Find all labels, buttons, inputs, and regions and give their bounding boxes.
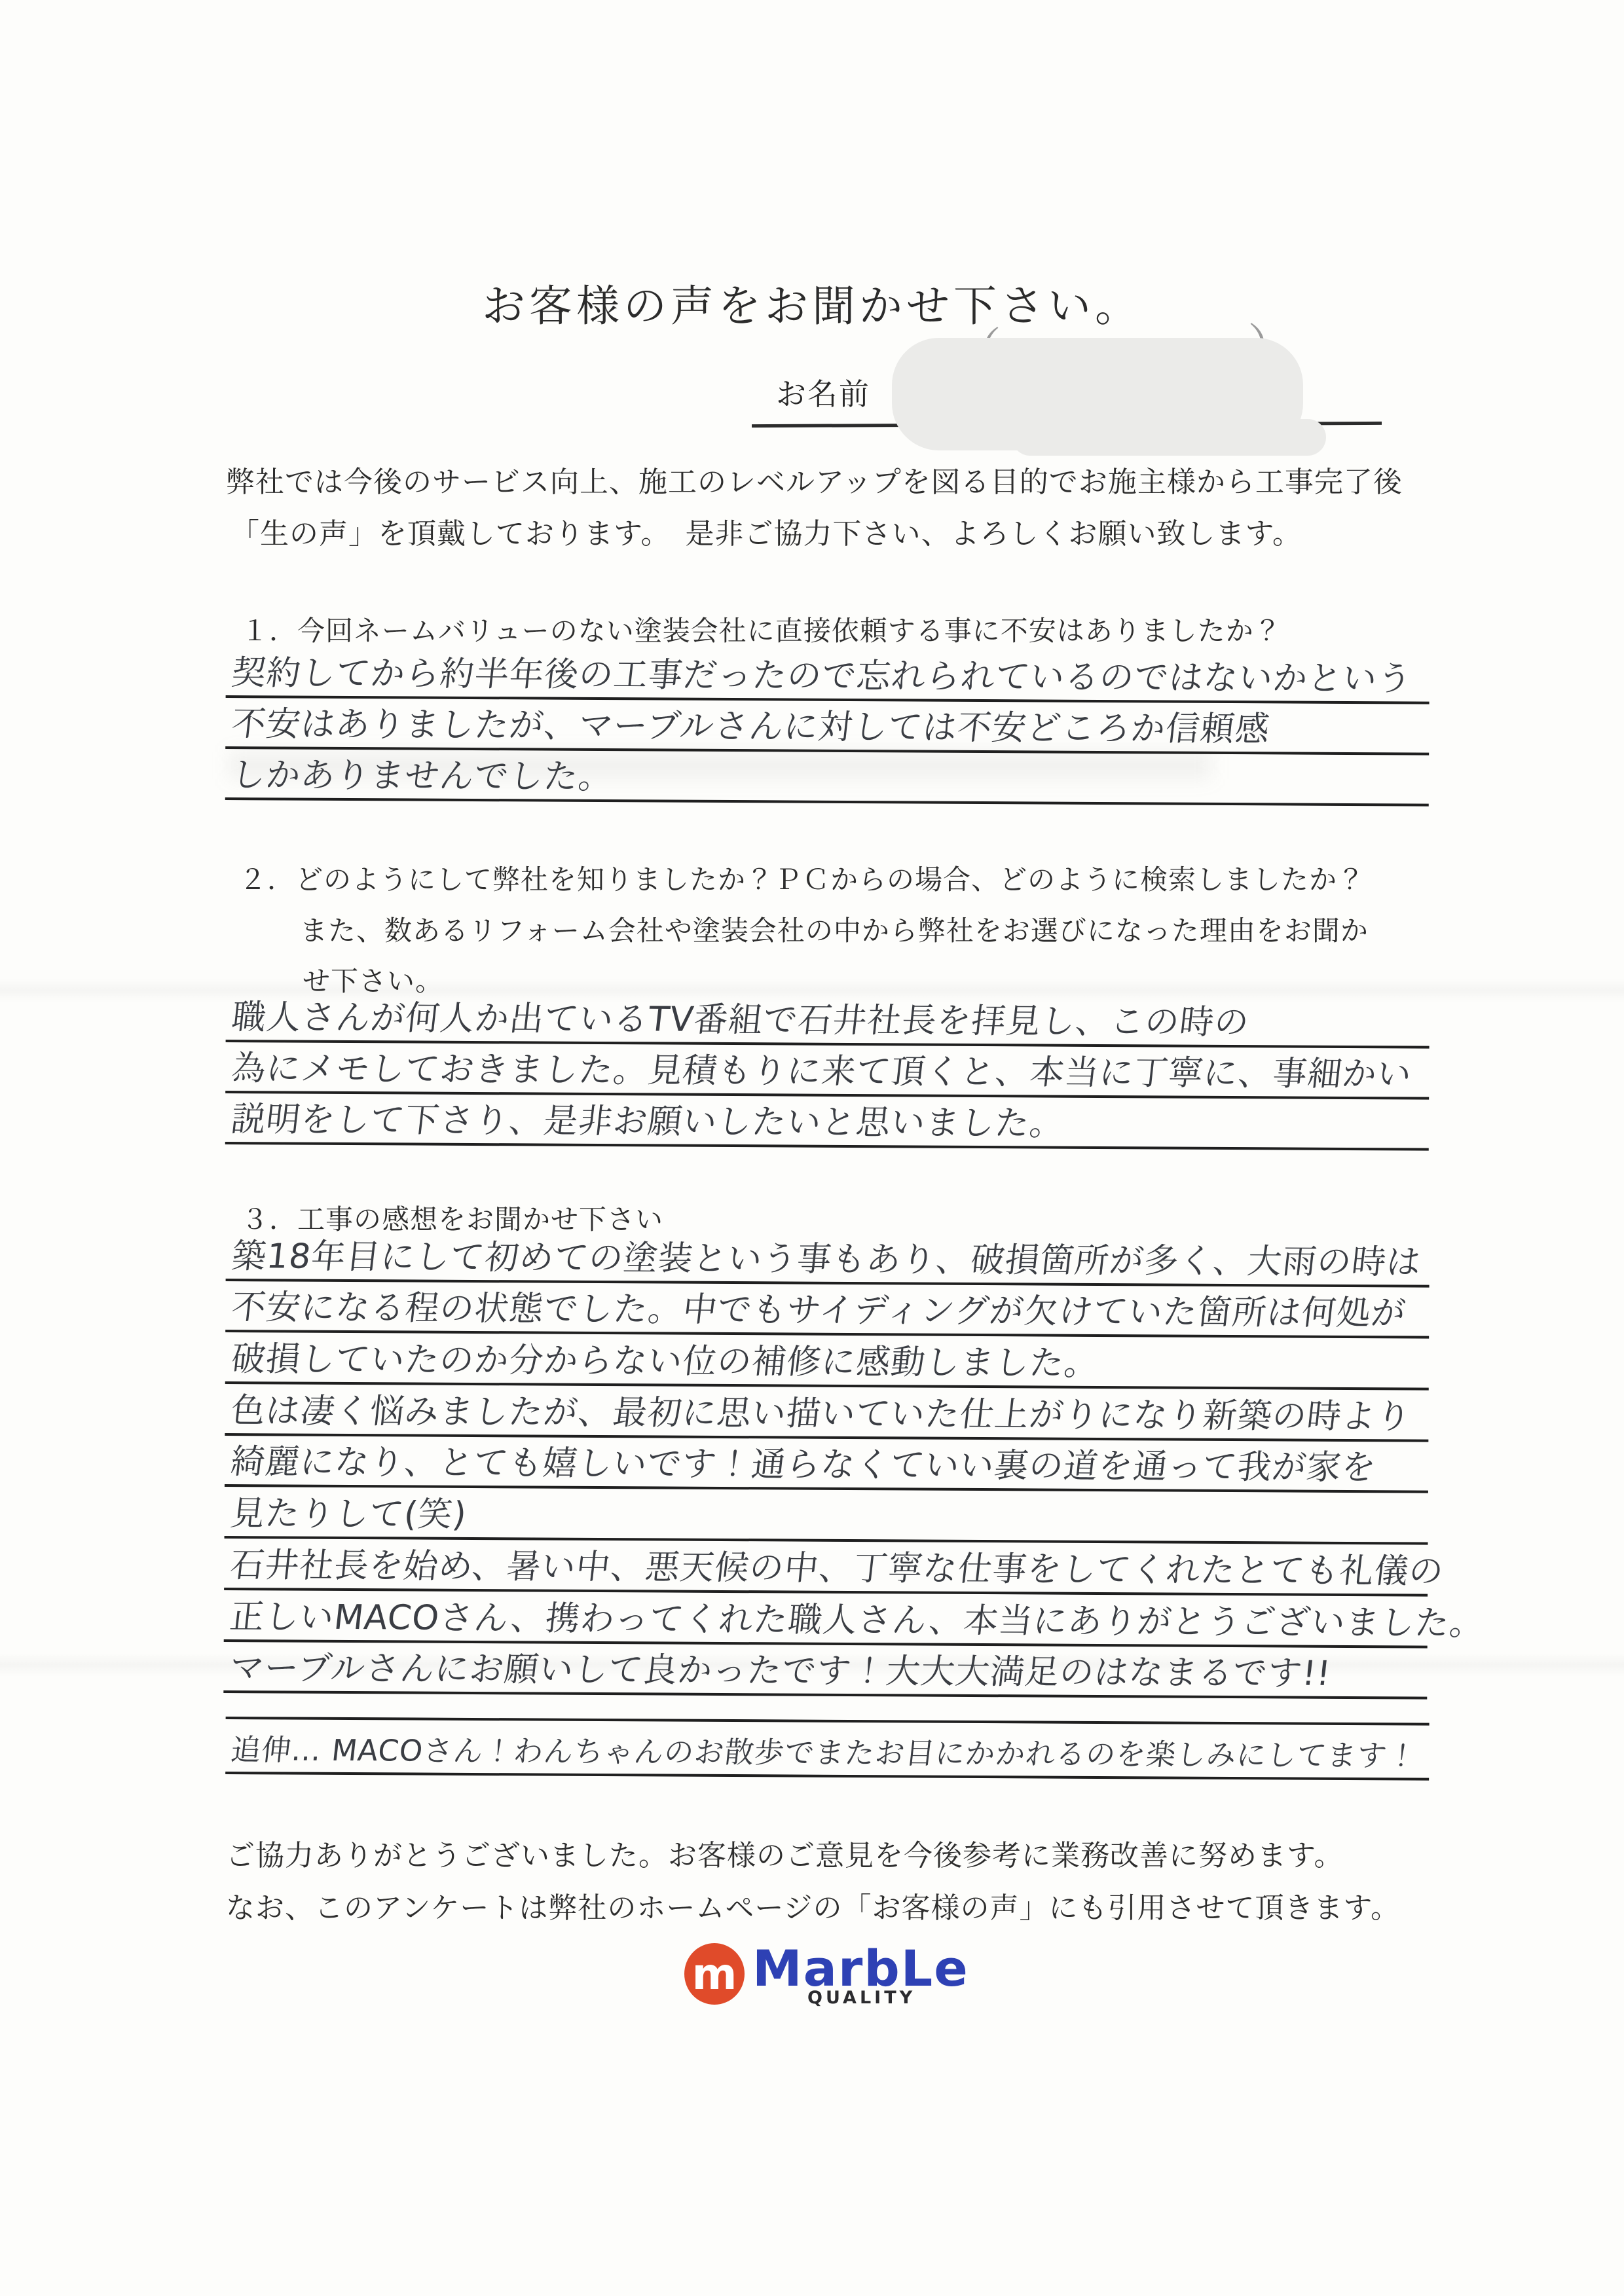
answer-ruled-line: 築18年目にして初めての塗装という事もあり、破損箇所が多く、大雨の時は — [226, 1230, 1430, 1287]
handwritten-answer-text: しかありませんでした。 — [229, 747, 616, 798]
scanned-questionnaire-page: お客様の声をお聞かせ下さい。 （ ） お名前 弊社では今後のサービス向上、施工の… — [0, 0, 1624, 2296]
handwritten-answer-text: 色は凄く悩みましたが、最初に思い描いていた仕上がりになり新築の時より — [229, 1383, 1414, 1438]
question-2-label: ２．どのようにして弊社を知りましたか？ＰＣからの場合、どのように検索しましたか？ — [239, 858, 1365, 898]
answer-ruled-line: 石井社長を始め、暑い中、悪天候の中、丁寧な仕事をしてくれたとても礼儀の — [224, 1539, 1428, 1596]
logo-m-letter: m — [692, 1948, 737, 2001]
handwritten-answer-text: 契約してから約半年後の工事だったので忘れられているのではないかという — [230, 645, 1415, 700]
handwritten-answer-text: 説明をして下さり、是非お願いしたいと思いました。 — [229, 1091, 1067, 1145]
marble-logo: m MarbLe QUALITY — [684, 1937, 959, 2010]
answer-ruled-line: 追伸… MACOさん！わんちゃんのお散歩でまたお目にかかれるのを楽しみにしてます… — [225, 1719, 1429, 1781]
handwritten-answer-text: 不安はありましたが、マーブルさんに対しては不安どころか信頼感 — [229, 696, 1273, 750]
answer-ruled-line: 正しいMACOさん、携わってくれた職人さん、本当にありがとうございました。 — [224, 1590, 1428, 1648]
answer-ruled-line: 色は凄く悩みましたが、最初に思い描いていた仕上がりになり新築の時より — [225, 1384, 1428, 1442]
answer-ruled-line: 見たりして(笑) — [225, 1487, 1428, 1544]
handwritten-answer-text: 正しいMACOさん、携わってくれた職人さん、本当にありがとうございました。 — [228, 1589, 1488, 1645]
answer-ruled-line — [226, 1669, 1430, 1726]
handwritten-postscript-text: 追伸… MACOさん！わんちゃんのお散歩でまたお目にかかれるのを楽しみにしてます… — [229, 1726, 1420, 1774]
name-field-label: お名前 — [776, 371, 870, 414]
answer-ruled-line: 不安になる程の状態でした。中でもサイディングが欠けていた箇所は何処が — [225, 1281, 1429, 1339]
answer-ruled-line: 説明をして下さり、是非お願いしたいと思いました。 — [225, 1093, 1429, 1151]
answer-ruled-line: 為にメモしておきました。見積もりに来て頂くと、本当に丁寧に、事細かい — [225, 1042, 1429, 1100]
question-1-answer-area: 契約してから約半年後の工事だったので忘れられているのではないかという 不安はあり… — [225, 647, 1430, 807]
answer-ruled-line: 契約してから約半年後の工事だったので忘れられているのではないかという — [226, 647, 1430, 704]
handwritten-answer-text: 破損していたのか分からない位の補修に感動しました。 — [229, 1331, 1102, 1385]
closing-line: ご協力ありがとうございました。お客様のご意見を今後参考に業務改善に努めます。 — [226, 1832, 1343, 1874]
logo-m-circle-icon: m — [684, 1943, 745, 2005]
postscript-area: 追伸… MACOさん！わんちゃんのお散歩でまたお目にかかれるのを楽しみにしてます… — [225, 1669, 1430, 1781]
answer-ruled-line: 破損していたのか分からない位の補修に感動しました。 — [225, 1332, 1429, 1390]
handwritten-answer-text: 為にメモしておきました。見積もりに来て頂くと、本当に丁寧に、事細かい — [229, 1040, 1414, 1095]
question-1-label: １．今回ネームバリューのない塗装会社に直接依頼する事に不安はありましたか？ — [241, 610, 1282, 649]
closing-line: なお、このアンケートは弊社のホームページの「お客様の声」にも引用させて頂きます。 — [226, 1884, 1400, 1926]
logo-tagline-text: QUALITY — [807, 1988, 915, 2008]
handwritten-answer-text: 職人さんが何人か出ているTV番組で石井社長を拝見し、この時の — [230, 989, 1253, 1044]
handwritten-answer-text: 不安になる程の状態でした。中でもサイディングが欠けていた箇所は何処が — [229, 1279, 1409, 1334]
page-title: お客様の声をお聞かせ下さい。 — [0, 271, 1624, 333]
handwritten-answer-text: 綺麗になり、とても嬉しいです！通らなくていい裏の道を通って我が家を — [229, 1434, 1379, 1489]
answer-ruled-line: 綺麗になり、とても嬉しいです！通らなくていい裏の道を通って我が家を — [225, 1436, 1428, 1493]
answer-ruled-line: 不安はありましたが、マーブルさんに対しては不安どころか信頼感 — [225, 698, 1429, 756]
intro-line: 弊社では今後のサービス向上、施工のレベルアップを図る目的でお施主様から工事完了後 — [226, 458, 1403, 500]
handwritten-answer-text: 見たりして(笑) — [229, 1485, 470, 1536]
redacted-name-blob — [1012, 419, 1326, 456]
handwritten-answer-text: 築18年目にして初めての塗装という事もあり、破損箇所が多く、大雨の時は — [230, 1228, 1424, 1283]
question-2-label-cont: また、数あるリフォーム会社や塗装会社の中から弊社をお選びになった理由をお聞か — [300, 909, 1369, 949]
answer-ruled-line: しかありませんでした。 — [225, 749, 1429, 807]
answer-ruled-line: 職人さんが何人か出ているTV番組で石井社長を拝見し、この時の — [226, 991, 1430, 1049]
question-3-answer-area: 築18年目にして初めての塗装という事もあり、破損箇所が多く、大雨の時は 不安にな… — [223, 1230, 1430, 1700]
intro-line: 「生の声」を頂戴しております。 是非ご協力下さい、よろしくお願い致します。 — [231, 510, 1302, 552]
question-2-answer-area: 職人さんが何人か出ているTV番組で石井社長を拝見し、この時の 為にメモしておきま… — [225, 991, 1430, 1151]
handwritten-answer-text: 石井社長を始め、暑い中、悪天候の中、丁寧な仕事をしてくれたとても礼儀の — [228, 1537, 1447, 1593]
